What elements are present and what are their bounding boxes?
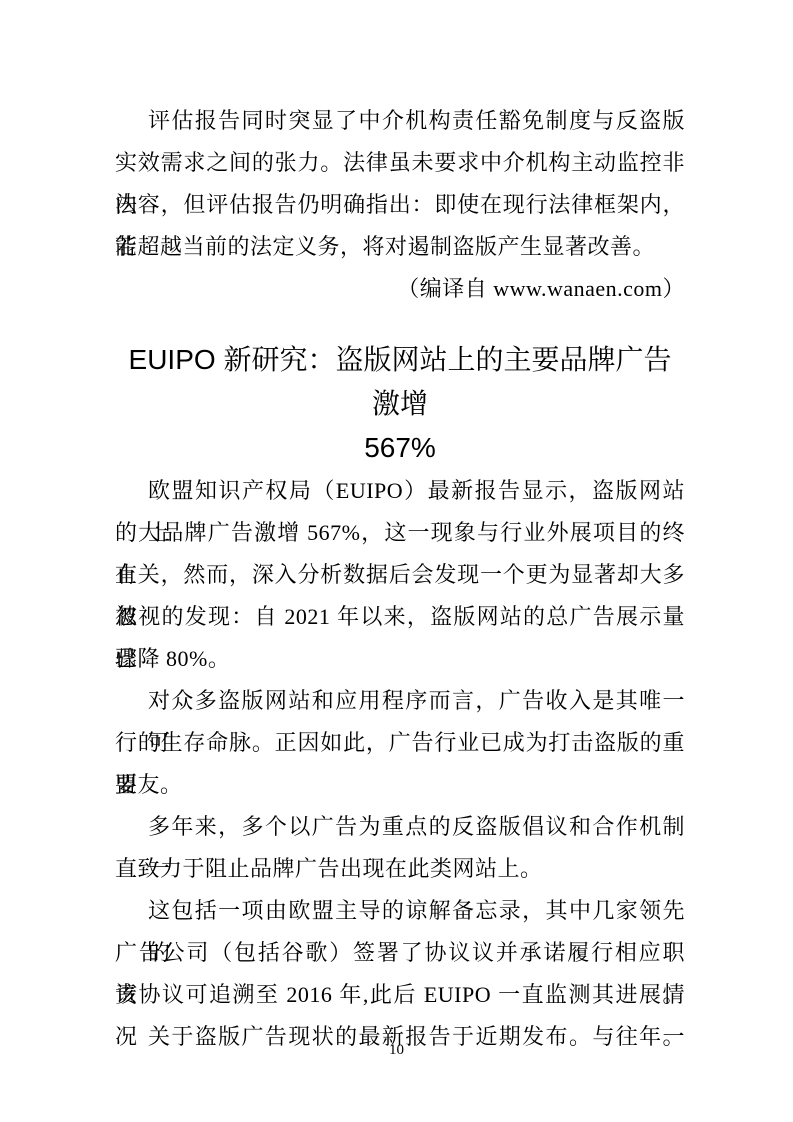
article-title: EUIPO 新研究：盗版网站上的主要品牌广告激增 567% — [115, 338, 685, 470]
text-line: 的大品牌广告激增 567%，这一现象与行业外展项目的终止 — [115, 512, 685, 554]
article-title-line2: 567% — [115, 426, 685, 470]
paragraph: 对众多盗版网站和应用程序而言，广告收入是其唯一可行的生存命脉。正因如此，广告行业… — [115, 680, 685, 806]
text-line: 直致力于阻止品牌广告出现在此类网站上。 — [115, 848, 685, 890]
text-line: 多年来，多个以广告为重点的反盗版倡议和合作机制一 — [115, 806, 685, 848]
text-line: 对众多盗版网站和应用程序而言，广告收入是其唯一可 — [115, 680, 685, 722]
paragraph: 多年来，多个以广告为重点的反盗版倡议和合作机制一直致力于阻止品牌广告出现在此类网… — [115, 806, 685, 890]
text-line: 骤降 80%。 — [115, 638, 685, 680]
source-attribution: （编译自 www.wanaen.com） — [115, 268, 685, 310]
text-line: 有关，然而，深入分析数据后会发现一个更为显著却大多被 — [115, 554, 685, 596]
paragraph: 这包括一项由欧盟主导的谅解备忘录，其中几家领先的广告公司（包括谷歌）签署了协议议… — [115, 890, 685, 1016]
article-body: 欧盟知识产权局（EUIPO）最新报告显示，盗版网站上的大品牌广告激增 567%，… — [115, 470, 685, 1058]
text-line: 该协议可追溯至 2016 年,此后 EUIPO 一直监测其进展情况。 — [115, 974, 685, 1016]
document-page: 评估报告同时突显了中介机构责任豁免制度与反盗版实效需求之间的张力。法律虽未要求中… — [0, 0, 793, 1122]
text-line: 行的生存命脉。正因如此，广告行业已成为打击盗版的重要 — [115, 722, 685, 764]
text-line: 评估报告同时突显了中介机构责任豁免制度与反盗版 — [115, 100, 685, 142]
closing-paragraph: 评估报告同时突显了中介机构责任豁免制度与反盗版实效需求之间的张力。法律虽未要求中… — [115, 100, 685, 268]
paragraph: 欧盟知识产权局（EUIPO）最新报告显示，盗版网站上的大品牌广告激增 567%，… — [115, 470, 685, 680]
paragraph: 评估报告同时突显了中介机构责任豁免制度与反盗版实效需求之间的张力。法律虽未要求中… — [115, 100, 685, 268]
text-line: 忽视的发现：自 2021 年以来，盗版网站的总广告展示量已 — [115, 596, 685, 638]
text-line: 欧盟知识产权局（EUIPO）最新报告显示，盗版网站上 — [115, 470, 685, 512]
page-number: 10 — [0, 1040, 793, 1060]
article-title-line1: EUIPO 新研究：盗版网站上的主要品牌广告激增 — [115, 338, 685, 426]
text-line: 能超越当前的法定义务，将对遏制盗版产生显著改善。 — [115, 226, 685, 268]
text-line: 盟友。 — [115, 764, 685, 806]
text-line: 内容，但评估报告仍明确指出：即使在现行法律框架内，若 — [115, 184, 685, 226]
text-line: 实效需求之间的张力。法律虽未要求中介机构主动监控非法 — [115, 142, 685, 184]
text-column: 评估报告同时突显了中介机构责任豁免制度与反盗版实效需求之间的张力。法律虽未要求中… — [115, 100, 685, 1058]
text-line: 广告公司（包括谷歌）签署了协议议并承诺履行相应职责。 — [115, 932, 685, 974]
text-line: 这包括一项由欧盟主导的谅解备忘录，其中几家领先的 — [115, 890, 685, 932]
